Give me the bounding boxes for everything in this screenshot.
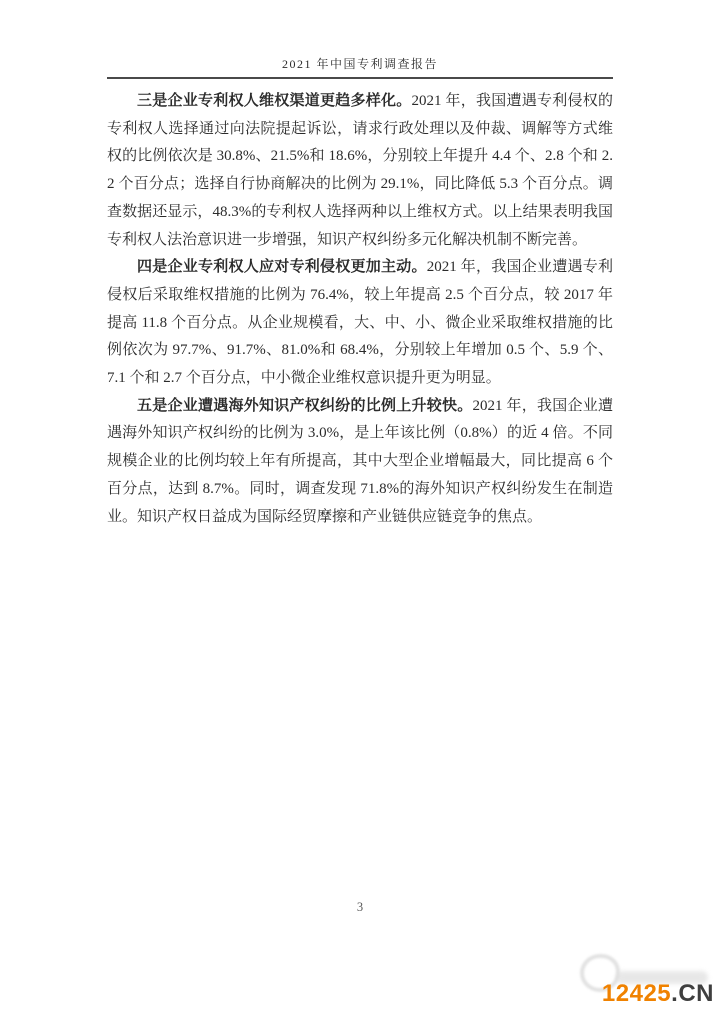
header-rule [107, 77, 613, 79]
document-page: 2021 年中国专利调查报告 三是企业专利权人维权渠道更趋多样化。2021 年，… [0, 0, 720, 1018]
paragraph-lead: 三是企业专利权人维权渠道更趋多样化。 [137, 93, 411, 109]
paragraph-5th-point: 五是企业遭遇海外知识产权纠纷的比例上升较快。2021 年，我国企业遭遇海外知识产… [107, 393, 613, 532]
paragraph-lead: 五是企业遭遇海外知识产权纠纷的比例上升较快。 [137, 398, 472, 414]
document-body: 三是企业专利权人维权渠道更趋多样化。2021 年，我国遭遇专利侵权的专利权人选择… [107, 88, 613, 531]
paragraph-4th-point: 四是企业专利权人应对专利侵权更加主动。2021 年，我国企业遭遇专利侵权后采取维… [107, 254, 613, 393]
watermark-number: 12425 [602, 980, 671, 1007]
watermark-domain-suffix: .CN [671, 980, 714, 1007]
page-number: 3 [0, 900, 720, 915]
page-header-title: 2021 年中国专利调查报告 [0, 55, 720, 72]
watermark: 12425.CN [546, 958, 716, 1008]
paragraph-3rd-point: 三是企业专利权人维权渠道更趋多样化。2021 年，我国遭遇专利侵权的专利权人选择… [107, 88, 613, 254]
paragraph-text: 2021 年，我国遭遇专利侵权的专利权人选择通过向法院提起诉讼，请求行政处理以及… [107, 93, 613, 248]
paragraph-text: 2021 年，我国企业遭遇海外知识产权纠纷的比例为 3.0%，是上年该比例（0.… [107, 398, 613, 525]
paragraph-lead: 四是企业专利权人应对专利侵权更加主动。 [137, 259, 427, 275]
paragraph-text: 2021 年，我国企业遭遇专利侵权后采取维权措施的比例为 76.4%，较上年提高… [107, 259, 613, 386]
watermark-site-label: 12425.CN [602, 980, 714, 1008]
